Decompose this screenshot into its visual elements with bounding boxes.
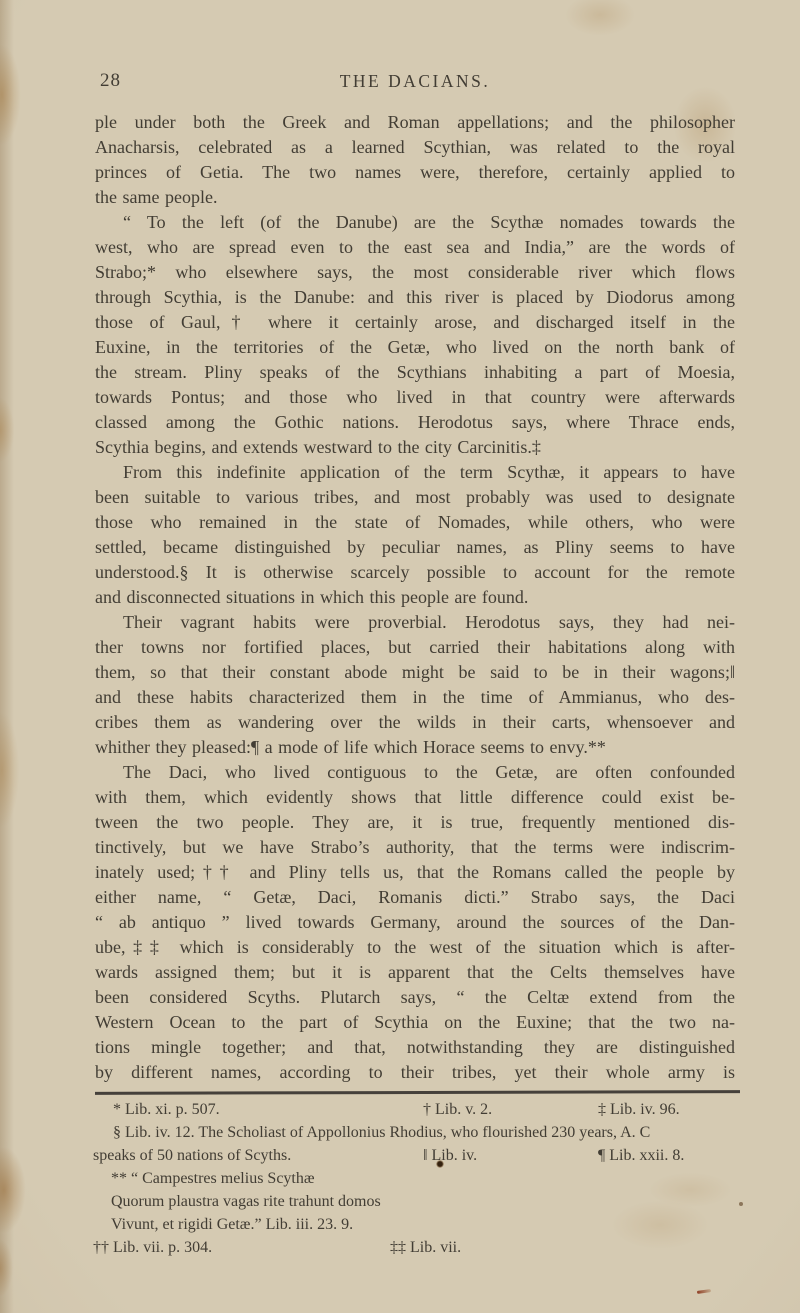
body-line: ube,‡‡ which is considerably to the west… bbox=[95, 935, 735, 960]
running-title: THE DACIANS. bbox=[95, 68, 735, 94]
footnote-row: ** “ Campestres melius Scythæ bbox=[93, 1167, 738, 1190]
body-line: been suitable to various tribes, and mos… bbox=[95, 485, 735, 510]
body-line: and these habits characterized them in t… bbox=[95, 685, 735, 710]
body-line: the same people. bbox=[95, 185, 735, 210]
body-line: by different names, according to their t… bbox=[95, 1060, 735, 1085]
footnote-rule bbox=[95, 1090, 740, 1094]
body-line: tween the two people. They are, it is tr… bbox=[95, 810, 735, 835]
body-line: “ ab antiquo ” lived towards Germany, ar… bbox=[95, 910, 735, 935]
body-line: ple under both the Greek and Roman appel… bbox=[95, 110, 735, 135]
footnote-cell: ¶ Lib. xxii. 8. bbox=[598, 1144, 738, 1167]
footnote-cell: ‖ Lib. iv. bbox=[423, 1144, 598, 1167]
body-line: “ To the left (of the Danube) are the Sc… bbox=[95, 210, 735, 235]
body-line: and disconnected situations in which thi… bbox=[95, 585, 735, 610]
footnote-row: * Lib. xi. p. 507.† Lib. v. 2.‡ Lib. iv.… bbox=[93, 1098, 738, 1121]
body-line: princes of Getia. The two names were, th… bbox=[95, 160, 735, 185]
body-line: through Scythia, is the Danube: and this… bbox=[95, 285, 735, 310]
body-line: those of Gaul,† where it certainly arose… bbox=[95, 310, 735, 335]
footnote-row: Vivunt, et rigidi Getæ.” Lib. iii. 23. 9… bbox=[93, 1213, 738, 1236]
body-line: ther towns nor fortified places, but car… bbox=[95, 635, 735, 660]
footnote-row: Quorum plaustra vagas rite trahunt domos bbox=[93, 1190, 738, 1213]
footnote-row: § Lib. iv. 12. The Scholiast of Appollon… bbox=[93, 1121, 738, 1144]
footnote-cell: † Lib. v. 2. bbox=[423, 1098, 598, 1121]
page-header: 28 THE DACIANS. bbox=[95, 68, 735, 94]
body-line: wards assigned them; but it is apparent … bbox=[95, 960, 735, 985]
body-line: Scythia begins, and extends westward to … bbox=[95, 435, 735, 460]
body-line: with them, which evidently shows that li… bbox=[95, 785, 735, 810]
body-line: Western Ocean to the part of Scythia on … bbox=[95, 1010, 735, 1035]
body-line: From this indefinite application of the … bbox=[95, 460, 735, 485]
body-line: classed among the Gothic nations. Herodo… bbox=[95, 410, 735, 435]
stain-speck bbox=[739, 1202, 743, 1206]
body-line: west, who are spread even to the east se… bbox=[95, 235, 735, 260]
body-line: the stream. Pliny speaks of the Scythian… bbox=[95, 360, 735, 385]
footnote-cell: speaks of 50 nations of Scyths. bbox=[93, 1144, 423, 1167]
body-line: towards Pontus; and those who lived in t… bbox=[95, 385, 735, 410]
footnote-cell: ‡‡ Lib. vii. bbox=[390, 1236, 738, 1259]
footnotes: * Lib. xi. p. 507.† Lib. v. 2.‡ Lib. iv.… bbox=[93, 1098, 738, 1259]
body-line: those who remained in the state of Nomad… bbox=[95, 510, 735, 535]
footnote-cell: †† Lib. vii. p. 304. bbox=[93, 1236, 390, 1259]
footnote-cell: ‡ Lib. iv. 96. bbox=[598, 1098, 738, 1121]
body-line: settled, became distinguished by peculia… bbox=[95, 535, 735, 560]
body-line: The Daci, who lived contiguous to the Ge… bbox=[95, 760, 735, 785]
footnote-row: †† Lib. vii. p. 304.‡‡ Lib. vii. bbox=[93, 1236, 738, 1259]
body-line: cribes them as wandering over the wilds … bbox=[95, 710, 735, 735]
body-line: Anacharsis, celebrated as a learned Scyt… bbox=[95, 135, 735, 160]
footnote-row: speaks of 50 nations of Scyths.‖ Lib. iv… bbox=[93, 1144, 738, 1167]
body-line: Euxine, in the territories of the Getæ, … bbox=[95, 335, 735, 360]
red-mark bbox=[697, 1289, 711, 1294]
body-line: whither they pleased:¶ a mode of life wh… bbox=[95, 735, 735, 760]
body-line: understood.§ It is otherwise scarcely po… bbox=[95, 560, 735, 585]
body-line: either name, “ Getæ, Daci, Romanis dicti… bbox=[95, 885, 735, 910]
body-line: inately used;†† and Pliny tells us, that… bbox=[95, 860, 735, 885]
body-line: Strabo;* who elsewhere says, the most co… bbox=[95, 260, 735, 285]
body-line: been considered Scyths. Plutarch says, “… bbox=[95, 985, 735, 1010]
book-page: 28 THE DACIANS. ple under both the Greek… bbox=[0, 0, 800, 1313]
body-line: tinctively, but we have Strabo’s authori… bbox=[95, 835, 735, 860]
body-line: tions mingle together; and that, notwith… bbox=[95, 1035, 735, 1060]
footnote-cell: * Lib. xi. p. 507. bbox=[93, 1098, 423, 1121]
body-line: Their vagrant habits were proverbial. He… bbox=[95, 610, 735, 635]
body-text: ple under both the Greek and Roman appel… bbox=[95, 110, 735, 1085]
body-line: them, so that their constant abode might… bbox=[95, 660, 735, 685]
